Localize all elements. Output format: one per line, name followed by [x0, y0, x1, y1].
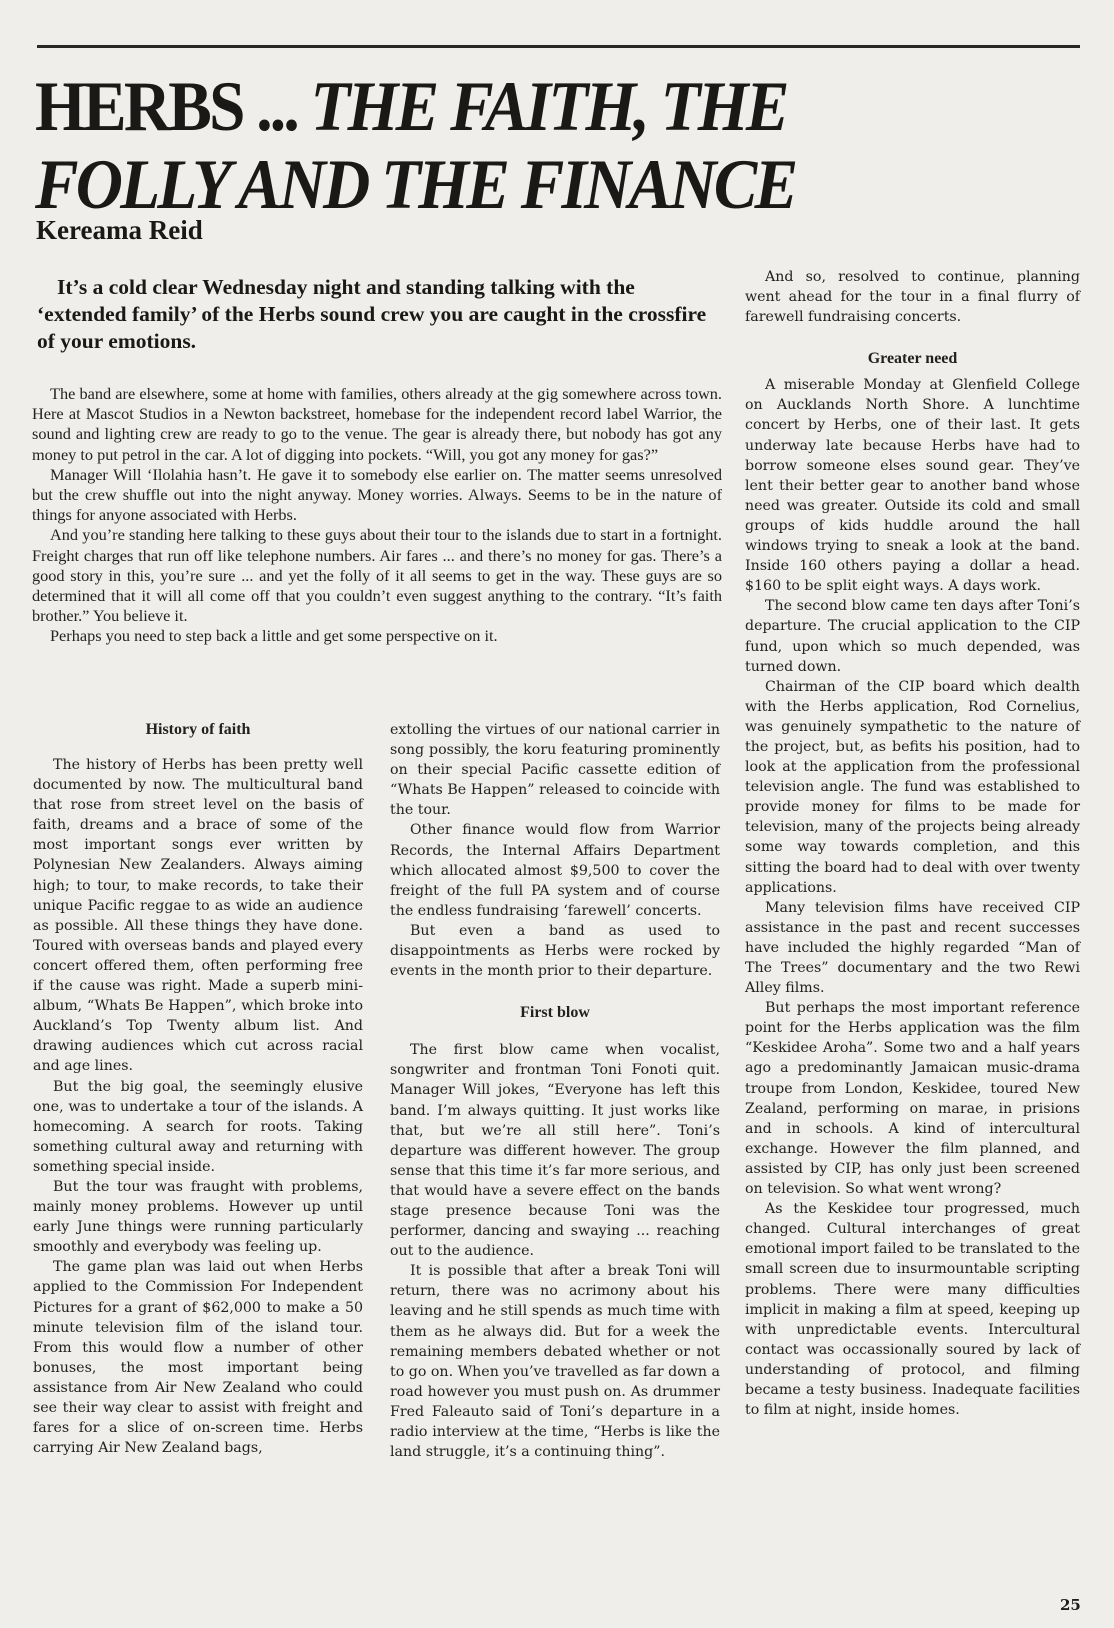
intro-text: The band are elsewhere, some at home wit…	[32, 384, 722, 647]
page-number: 25	[1060, 1596, 1081, 1614]
headline: HERBS ... THE FAITH, THEFOLLY AND THE FI…	[35, 68, 1001, 224]
body-paragraph: Chairman of the CIP board which dealth w…	[745, 677, 1080, 898]
body-paragraph: But the tour was fraught with problems, …	[33, 1177, 363, 1257]
body-paragraph: But the big goal, the seemingly elusive …	[33, 1077, 363, 1177]
standfirst: It’s a cold clear Wednesday night and st…	[37, 274, 722, 355]
headline-part-3: FOLLY AND THE FINANCE	[35, 146, 795, 224]
column-1: History of faith The history of Herbs ha…	[33, 720, 363, 1458]
body-paragraph: And so, resolved to continue, planning w…	[745, 267, 1080, 327]
section-heading-first-blow: First blow	[390, 1003, 720, 1023]
body-paragraph: As the Keskidee tour progressed, much ch…	[745, 1199, 1080, 1420]
body-paragraph: The first blow came when vocalist, songw…	[390, 1040, 720, 1261]
intro-paragraph: Manager Will ‘Ilolahia hasn’t. He gave i…	[32, 465, 722, 526]
column-2: extolling the virtues of our national ca…	[390, 720, 720, 1462]
byline: Kereama Reid	[36, 215, 203, 246]
top-rule	[37, 45, 1080, 48]
body-paragraph: Other finance would flow from Warrior Re…	[390, 820, 720, 920]
column-3: And so, resolved to continue, planning w…	[745, 267, 1080, 1420]
body-paragraph: The second blow came ten days after Toni…	[745, 596, 1080, 676]
intro-paragraph: The band are elsewhere, some at home wit…	[32, 384, 722, 465]
section-heading-history: History of faith	[33, 720, 363, 740]
body-paragraph: The game plan was laid out when Herbs ap…	[33, 1257, 363, 1458]
body-paragraph: But perhaps the most important reference…	[745, 998, 1080, 1199]
intro-paragraph: Perhaps you need to step back a little a…	[32, 626, 722, 646]
body-paragraph: Many television films have received CIP …	[745, 898, 1080, 998]
body-paragraph: A miserable Monday at Glenfield College …	[745, 375, 1080, 596]
headline-part-1: HERBS ...	[35, 68, 310, 146]
body-paragraph: extolling the virtues of our national ca…	[390, 720, 720, 820]
section-heading-greater-need: Greater need	[745, 349, 1080, 369]
headline-part-2: THE FAITH, THE	[310, 68, 786, 146]
body-paragraph: But even a band as used to disappointmen…	[390, 921, 720, 981]
body-paragraph: It is possible that after a break Toni w…	[390, 1261, 720, 1462]
intro-paragraph: And you’re standing here talking to thes…	[32, 525, 722, 626]
body-paragraph: The history of Herbs has been pretty wel…	[33, 755, 363, 1077]
